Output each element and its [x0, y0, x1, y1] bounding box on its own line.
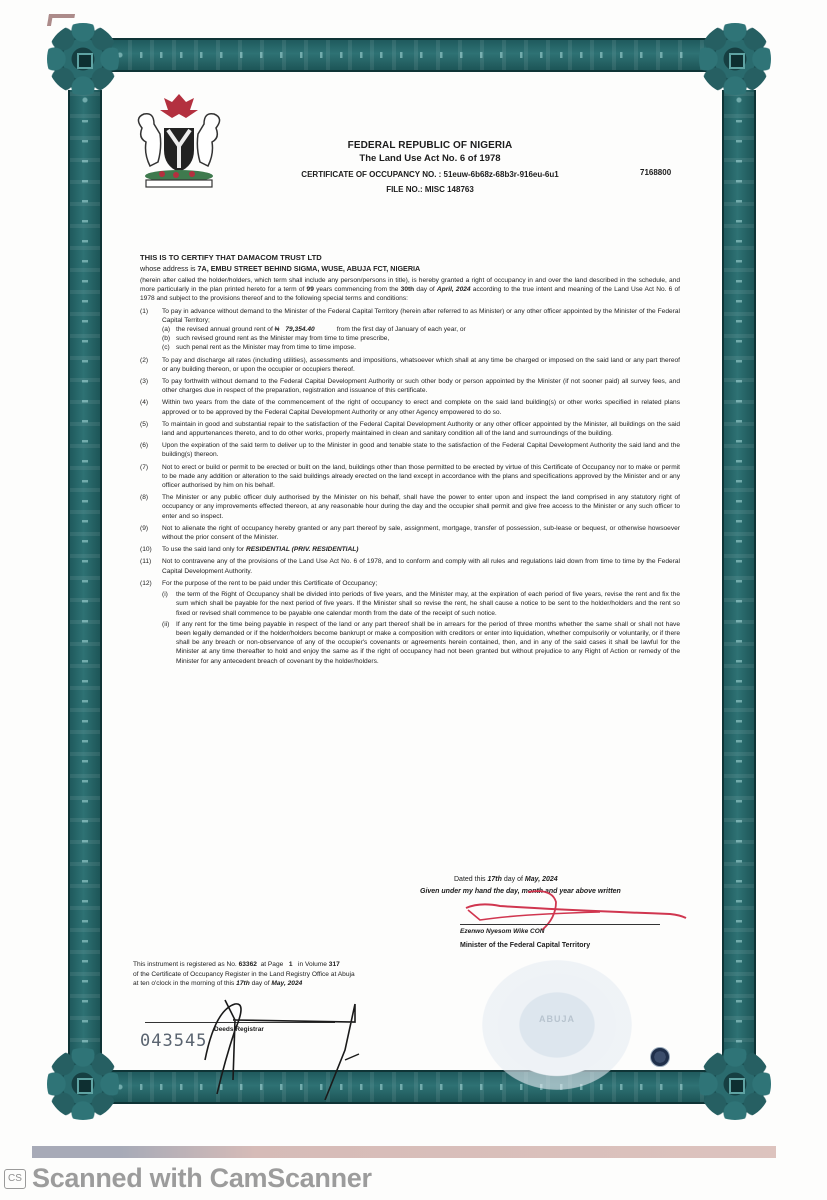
document-header: FEDERAL REPUBLIC OF NIGERIA The Land Use…: [260, 140, 600, 194]
holder-name-line: THIS IS TO CERTIFY THAT DAMACOM TRUST LT…: [140, 252, 680, 263]
condition-number: (10): [140, 545, 162, 554]
sub-condition: (c)such penal rent as the Minister may f…: [162, 343, 680, 352]
holder-name: DAMACOM TRUST LTD: [237, 253, 321, 262]
land-use: RESIDENTIAL (PRIV. RESIDENTIAL): [246, 546, 358, 553]
condition-item: (2)To pay and discharge all rates (inclu…: [140, 356, 680, 374]
condition-item: (8)The Minister or any public officer du…: [140, 493, 680, 521]
start-day: 30th: [401, 286, 415, 293]
condition-number: (3): [140, 377, 162, 395]
grant-paragraph: (herein after called the holder/holders,…: [140, 276, 680, 304]
condition-item: (9)Not to alienate the right of occupanc…: [140, 524, 680, 542]
rosette-icon: [47, 1048, 119, 1120]
country-title: FEDERAL REPUBLIC OF NIGERIA: [260, 140, 600, 151]
condition-item: (12)For the purpose of the rent to be pa…: [140, 579, 680, 666]
condition-text: For the purpose of the rent to be paid u…: [162, 580, 377, 587]
holder-address-line: whose address is 7A, EMBU STREET BEHIND …: [140, 263, 680, 274]
camscanner-text: Scanned with CamScanner: [32, 1163, 372, 1194]
sub-condition: (b)such revised ground rent as the Minis…: [162, 334, 680, 343]
embossed-seal: ABUJA: [482, 960, 632, 1090]
condition-text: To pay forthwith without demand to the F…: [162, 378, 680, 394]
condition-item: (6)Upon the expiration of the said term …: [140, 441, 680, 459]
sub-condition: (i)the term of the Right of Occupancy sh…: [162, 590, 680, 618]
condition-text: To use the said land only for: [162, 546, 244, 553]
start-date: April, 2024: [437, 286, 471, 293]
ground-rent-amount: 79,354.40: [285, 326, 314, 333]
conditions-list: (1)To pay in advance without demand to t…: [140, 307, 680, 666]
condition-number: (6): [140, 441, 162, 459]
registrar-signature: [195, 990, 375, 1100]
condition-number: (4): [140, 398, 162, 416]
dated-line: Dated this 17th day of May, 2024: [454, 876, 558, 883]
condition-text: Not to alienate the right of occupancy h…: [162, 525, 680, 541]
scan-edge: [32, 1146, 776, 1158]
certificate-page: FEDERAL REPUBLIC OF NIGERIA The Land Use…: [0, 0, 827, 1200]
minister-name: Ezenwo Nyesom Wike CON: [460, 928, 544, 935]
register-page: 1: [289, 961, 293, 968]
condition-number: (12): [140, 579, 162, 666]
term-years: 99: [307, 286, 314, 293]
condition-text: Not to erect or build or permit to be er…: [162, 464, 680, 489]
hologram-seal-icon: [650, 1047, 670, 1067]
condition-number: (5): [140, 420, 162, 438]
condition-text: Upon the expiration of the said term to …: [162, 442, 680, 458]
minister-title: Minister of the Federal Capital Territor…: [460, 942, 590, 949]
condition-item: (5)To maintain in good and substantial r…: [140, 420, 680, 438]
registration-block: This instrument is registered as No. 633…: [133, 960, 453, 989]
border-top: [110, 38, 720, 72]
condition-number: (11): [140, 557, 162, 575]
condition-number: (9): [140, 524, 162, 542]
condition-text: To maintain in good and substantial repa…: [162, 421, 680, 437]
condition-text: Not to contravene any of the provisions …: [162, 558, 680, 574]
condition-text: To pay in advance without demand to the …: [162, 308, 680, 324]
camscanner-watermark: CS Scanned with CamScanner: [4, 1163, 372, 1194]
certificate-number: CERTIFICATE OF OCCUPANCY NO. : 51euw-6b6…: [260, 170, 600, 179]
rosette-icon: [699, 1048, 771, 1120]
rosette-icon: [699, 23, 771, 95]
sub-condition: (a)the revised annual ground rent of ₦79…: [162, 325, 680, 334]
camscanner-logo-icon: CS: [4, 1169, 26, 1189]
holder-address: 7A, EMBU STREET BEHIND SIGMA, WUSE, ABUJ…: [198, 264, 421, 273]
condition-item: (10)To use the said land only for RESIDE…: [140, 545, 680, 554]
condition-text: The Minister or any public officer duly …: [162, 494, 680, 519]
serial-number: 7168800: [640, 168, 671, 177]
condition-number: (1): [140, 307, 162, 353]
minister-signature: [460, 884, 690, 934]
border-right: [722, 90, 756, 1060]
file-number: FILE NO.: MISC 148763: [260, 185, 600, 194]
condition-number: (2): [140, 356, 162, 374]
register-volume: 317: [329, 961, 340, 968]
condition-item: (3)To pay forthwith without demand to th…: [140, 377, 680, 395]
registration-number: 63362: [239, 961, 257, 968]
condition-item: (4)Within two years from the date of the…: [140, 398, 680, 416]
border-left: [68, 90, 102, 1060]
condition-number: (7): [140, 463, 162, 491]
condition-item: (11)Not to contravene any of the provisi…: [140, 557, 680, 575]
condition-item: (1)To pay in advance without demand to t…: [140, 307, 680, 353]
condition-text: Within two years from the date of the co…: [162, 399, 680, 415]
condition-number: (8): [140, 493, 162, 521]
condition-item: (7)Not to erect or build or permit to be…: [140, 463, 680, 491]
coat-of-arms-icon: [124, 88, 234, 190]
condition-text: To pay and discharge all rates (includin…: [162, 357, 680, 373]
certificate-body: THIS IS TO CERTIFY THAT DAMACOM TRUST LT…: [140, 252, 680, 666]
rosette-icon: [47, 23, 119, 95]
signature-line: [460, 924, 660, 925]
sub-condition: (ii)If any rent for the time being payab…: [162, 620, 680, 666]
act-title: The Land Use Act No. 6 of 1978: [260, 153, 600, 164]
